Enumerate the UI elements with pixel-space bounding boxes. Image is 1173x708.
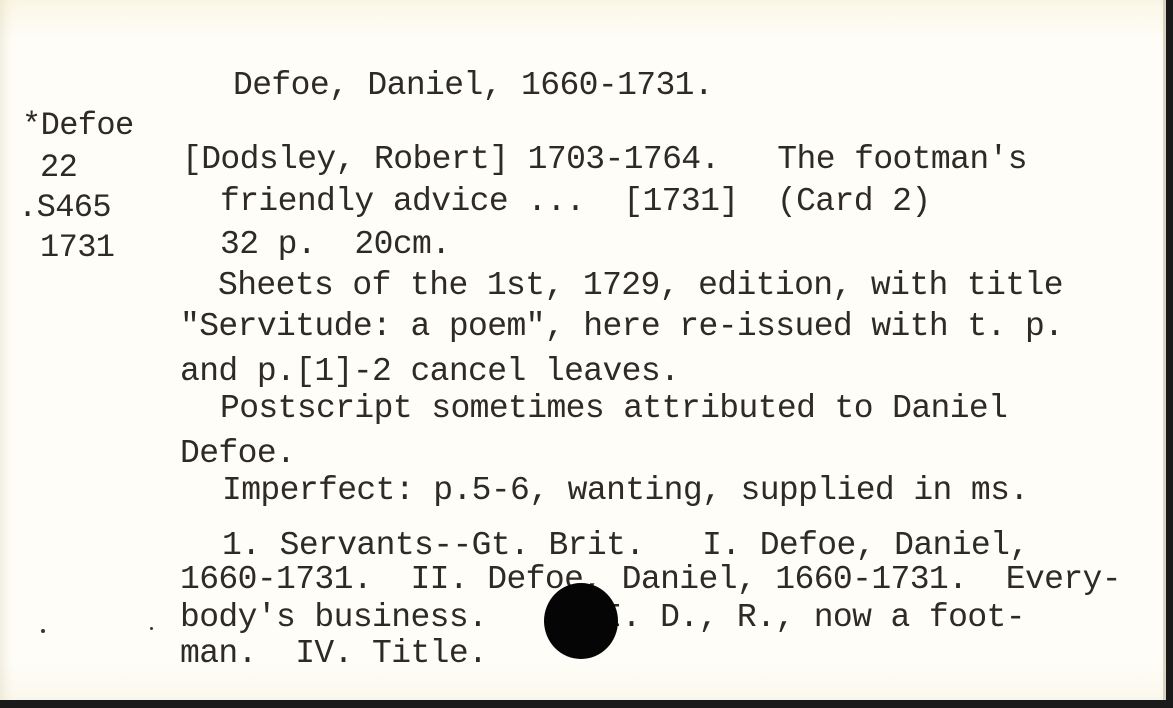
ink-speck: [150, 627, 153, 630]
call-number-line: 1731: [40, 230, 114, 266]
main-heading: Defoe, Daniel, 1660-1731.: [233, 68, 713, 104]
body-line: Defoe.: [180, 436, 295, 472]
body-line: Sheets of the 1st, 1729, edition, with t…: [218, 268, 1063, 304]
tracing-line: 1660-1731. II. Defoe, Daniel, 1660-1731.…: [180, 562, 1121, 598]
ink-speck: [41, 629, 45, 633]
punch-hole: [544, 583, 618, 659]
body-line: 32 p. 20cm.: [220, 227, 450, 263]
catalog-card: Defoe, Daniel, 1660-1731. *Defoe 22 .S46…: [0, 0, 1166, 700]
tracing-line: 1. Servants--Gt. Brit. I. Defoe, Daniel,: [222, 528, 1029, 564]
body-line: friendly advice ... [1731] (Card 2): [220, 184, 931, 220]
body-line: [Dodsley, Robert] 1703-1764. The footman…: [182, 142, 1027, 178]
call-number-line: .S465: [18, 190, 111, 226]
body-line: and p.[1]-2 cancel leaves.: [180, 354, 679, 390]
call-number-line: 22: [40, 150, 77, 186]
body-line: Imperfect: p.5-6, wanting, supplied in m…: [222, 473, 1029, 509]
body-line: Postscript sometimes attributed to Danie…: [220, 391, 1007, 427]
body-line: "Servitude: a poem", here re-issued with…: [180, 309, 1063, 345]
tracing-line: man. IV. Title.: [180, 636, 487, 672]
call-number-line: *Defoe: [22, 108, 134, 144]
